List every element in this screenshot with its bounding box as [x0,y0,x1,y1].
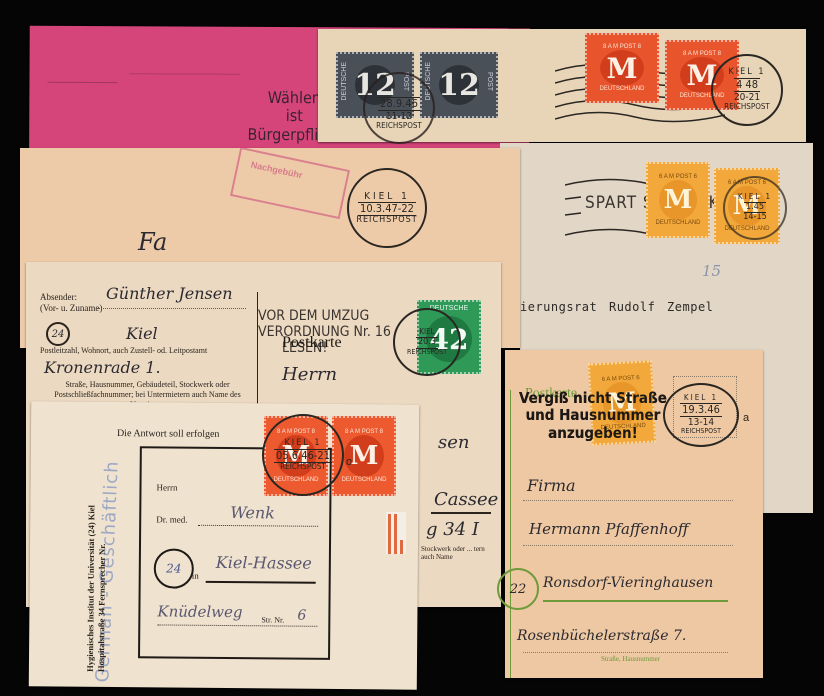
street-number: 6 [297,608,306,624]
postmark-top-right: KIEL 1 4 48 20-21 REICHSPOST [711,54,783,126]
green-border-line [510,390,511,678]
recipient-salutation: Herrn [282,364,337,385]
handwriting-fa: Fa [138,228,167,256]
postmark-reply-card: KIEL 1 05.6.46-21 REICHSPOST [262,414,344,496]
recipient-city: Ronsdorf-Vieringhausen [543,575,713,591]
dotted-line [96,308,246,309]
postcode-circle: 24 [154,548,194,588]
sender-label: Absender: (Vor- u. Zuname) [40,292,102,314]
recipient-name: Wenk [230,503,275,522]
city-underline [543,600,728,602]
stamp-sheet-margin-strip [386,512,406,554]
recipient-city-fragment: Cassee [434,489,498,510]
recipient-street: Rosenbüchelerstraße 7. [517,628,686,644]
institute-address: Hygienisches Institut der Universität (2… [85,412,109,672]
postmark-pink-cover: 28.9.46 11-12 REICHSPOST [363,72,435,144]
recipient-name-fragment: sen [438,432,469,453]
recipient-postcode-circle: 22 [497,568,539,610]
postkarte-title: Postkarte [282,334,342,352]
reply-instruction: Die Antwort soll erfolgen [117,428,220,440]
sender-city: Kiel [126,324,158,343]
recipient-street: Knüdelweg [157,602,242,621]
recipient-prefix: Firma [527,476,576,495]
postmark-suffix: a [743,412,749,424]
recipient-name: Hermann Pfaffenhoff [529,520,688,538]
dotted-line [523,545,733,546]
recipient-street-fragment: g 34 I [426,519,479,540]
sender-postcode-circle: 24 [46,322,70,346]
recipient-label-fragment: Stockwerk oder ... tern auch Name [421,545,491,562]
grey-cover-address: ierungsrat Rudolf Zempel [520,300,713,314]
dotted-line [523,652,728,653]
street-label: Straße, Hausnummer [601,655,660,663]
dotted-line [523,500,733,501]
postmark-suffix: o [346,456,352,468]
pencil-note: 15 [702,262,721,280]
city-underline [431,512,491,514]
strasse-slogan-overlay: Vergiß nicht Straße und Hausnummer anzug… [519,390,667,442]
postmark-green-postkarte: KIEL 1 19.3.46 13-14 REICHSPOST [663,383,739,447]
postmark-42pf: KIEL 20.3 REICHSPOST [393,308,461,376]
boxed-nachgebuehr-stamp: Nachgebühr [230,147,350,219]
faint-print-line [130,73,240,75]
street-label: Str. Nr. [261,615,284,624]
postcode-label: Postleitzahl, Wohnort, auch Zustell- od.… [40,346,207,355]
in-label: in [192,571,199,581]
salutation: Herrn [156,482,177,492]
postmark-grey-cover: KIEL 1 1.45 14-15 [723,176,787,240]
sender-name: Günther Jensen [106,284,233,303]
postmark-tan-cover: KIEL 1 10.3.47-22 REICHSPOST [347,168,427,248]
stamp-6pf-am-post-1: 6 A M POST 6 M DEUTSCHLAND [646,162,710,238]
sender-street: Kronenrade 1. [44,358,161,377]
recipient-city: Kiel-Hassee [216,553,312,573]
stamp-8pf-am-post-1: 8 A M POST 8 M DEUTSCHLAND [585,33,659,103]
faint-print-line [47,74,117,83]
title-dr-med: Dr. med. [156,514,187,524]
